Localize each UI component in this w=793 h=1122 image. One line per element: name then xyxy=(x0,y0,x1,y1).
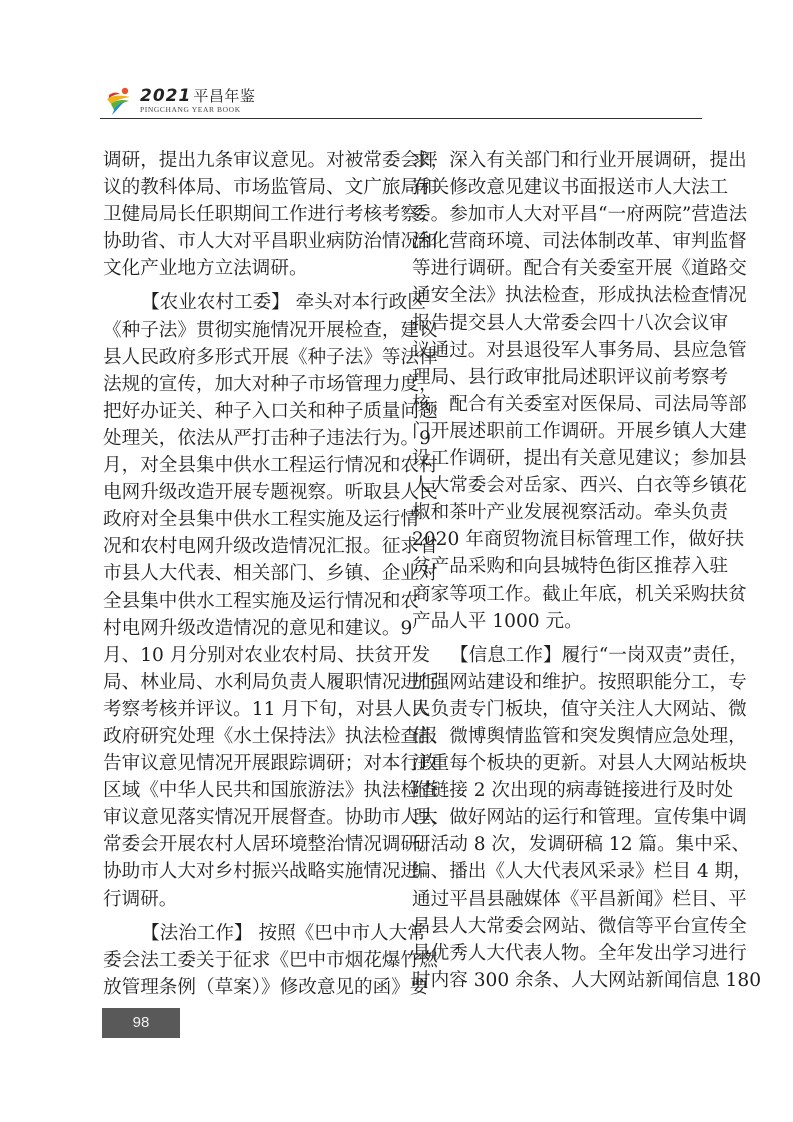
yearbook-title: 2021平昌年鉴 xyxy=(140,85,255,106)
text-line: 附链接 2 次出现的病毒链接进行及时处 xyxy=(412,777,696,804)
text-line: 2020 年商贸物流目标管理工作，做好扶 xyxy=(412,526,696,553)
text-line: 商家等项工作。截止年底，机关采购扶贫 xyxy=(412,581,696,608)
text-line: 等进行调研。配合有关委室开展《道路交 xyxy=(412,255,696,282)
left-column: 调研，提出九条审议意见。对被常委会评议的教科体局、市场监管局、文广旅局和卫健局局… xyxy=(103,147,387,1008)
text-line: 贫产品采购和向县城特色街区推荐入驻 xyxy=(412,553,696,580)
page-number: 98 xyxy=(102,1008,180,1038)
text-line: 门开展述职前工作调研。开展乡镇人大建 xyxy=(412,418,696,445)
right-column: 求，深入有关部门和行业开展调研，提出有关修改意见建议书面报送市人大法工委。参加市… xyxy=(412,147,696,1001)
text-line: 告审议意见情况开展跟踪调研；对本行政 xyxy=(103,750,387,777)
text-line: 委。参加市人大对平昌“一府两院”营造法 xyxy=(412,201,696,228)
text-line: 行调研。 xyxy=(103,886,387,913)
text-line: 治化营商环境、司法体制改革、审判监督 xyxy=(412,228,696,255)
text-line: 通安全法》执法检查，形成执法检查情况 xyxy=(412,282,696,309)
text-line: 况和农村电网升级改造情况汇报。征求省 xyxy=(103,533,387,560)
text-line: 核。配合有关委室对医保局、司法局等部 xyxy=(412,391,696,418)
text-line: 放管理条例（草案）》修改意见的函》要 xyxy=(103,974,387,1001)
text-line: 处理关，依法从严打击种子违法行为。9 xyxy=(103,425,387,452)
text-line: 考察考核并评议。11 月下旬，对县人民 xyxy=(103,696,387,723)
text-line: 人大常委会对岳家、西兴、白衣等乡镇花 xyxy=(412,472,696,499)
text-line: 通过平昌县融媒体《平昌新闻》栏目、平 xyxy=(412,886,696,913)
yearbook-name: 平昌年鉴 xyxy=(193,87,255,105)
section-heading-line: 【法治工作】 按照《巴中市人大常 xyxy=(103,920,387,947)
text-line: 常委会开展农村人居环境整治情况调研。 xyxy=(103,831,387,858)
text-line: 编、播出《人大代表风采录》栏目 4 期， xyxy=(412,858,696,885)
continuation-paragraph: 调研，提出九条审议意见。对被常委会评议的教科体局、市场监管局、文广旅局和卫健局局… xyxy=(103,147,387,282)
text-line: 县优秀人大代表人物。全年发出学习进行 xyxy=(412,940,696,967)
text-line: 研活动 8 次，发调研稿 12 篇。集中采、 xyxy=(412,831,696,858)
text-line: 昌县人大常委会网站、微信等平台宣传全 xyxy=(412,913,696,940)
yearbook-year: 2021 xyxy=(140,86,191,106)
text-line: 村电网升级改造情况的意见和建议。9 xyxy=(103,615,387,642)
text-line: 《种子法》贯彻实施情况开展检查，建议 xyxy=(103,317,387,344)
text-line: 审议意见落实情况开展督查。协助市人大 xyxy=(103,804,387,831)
text-line: 月、10 月分别对农业农村局、扶贫开发 xyxy=(103,642,387,669)
text-line: 有关修改意见建议书面报送市人大法工 xyxy=(412,174,696,201)
text-line: 产品人平 1000 元。 xyxy=(412,608,696,635)
text-line: 政府对全县集中供水工程实施及运行情 xyxy=(103,506,387,533)
continuation-paragraph: 求，深入有关部门和行业开展调研，提出有关修改意见建议书面报送市人大法工委。参加市… xyxy=(412,147,696,635)
section-paragraph: 【农业农村工委】 牵头对本行政区《种子法》贯彻实施情况开展检查，建议县人民政府多… xyxy=(103,289,387,912)
page-header: 2021平昌年鉴 PINGCHANG YEAR BOOK xyxy=(100,84,702,119)
text-line: 局、林业局、水利局负责人履职情况进行 xyxy=(103,669,387,696)
text-line: 电网升级改造开展专题视察。听取县人民 xyxy=(103,479,387,506)
text-line: 理，做好网站的运行和管理。宣传集中调 xyxy=(412,804,696,831)
text-line: 法规的宣传，加大对种子市场管理力度， xyxy=(103,371,387,398)
text-line: 人负责专门板块，值守关注人大网站、微 xyxy=(412,696,696,723)
section-paragraph: 【信息工作】履行“一岗双责”责任，加强网站建设和维护。按照职能分工，专人负责专门… xyxy=(412,642,696,994)
text-line: 报告提交县人大常委会四十八次会议审 xyxy=(412,310,696,337)
text-line: 时内容 300 余条、人大网站新闻信息 180 xyxy=(412,967,696,994)
text-line: 信、微博舆情监管和突发舆情应急处理， xyxy=(412,723,696,750)
pingchang-logo-icon xyxy=(103,86,135,116)
text-line: 注重每个板块的更新。对县人大网站板块 xyxy=(412,750,696,777)
text-line: 求，深入有关部门和行业开展调研，提出 xyxy=(412,147,696,174)
text-line: 委会法工委关于征求《巴中市烟花爆竹燃 xyxy=(103,947,387,974)
section-paragraph: 【法治工作】 按照《巴中市人大常委会法工委关于征求《巴中市烟花爆竹燃放管理条例（… xyxy=(103,920,387,1001)
text-line: 市县人大代表、相关部门、乡镇、企业对 xyxy=(103,560,387,587)
section-heading-line: 【信息工作】履行“一岗双责”责任， xyxy=(412,642,696,669)
text-line: 月，对全县集中供水工程运行情况和农村 xyxy=(103,452,387,479)
text-line: 全县集中供水工程实施及运行情况和农 xyxy=(103,588,387,615)
text-line: 理局、县行政审批局述职评议前考察考 xyxy=(412,364,696,391)
text-line: 议通过。对县退役军人事务局、县应急管 xyxy=(412,337,696,364)
section-heading-line: 【农业农村工委】 牵头对本行政区 xyxy=(103,289,387,316)
text-line: 调研，提出九条审议意见。对被常委会评 xyxy=(103,147,387,174)
text-line: 加强网站建设和维护。按照职能分工，专 xyxy=(412,669,696,696)
text-line: 设工作调研，提出有关意见建议；参加县 xyxy=(412,445,696,472)
text-line: 协助省、市人大对平昌职业病防治情况和 xyxy=(103,228,387,255)
text-line: 椒和茶叶产业发展视察活动。牵头负责 xyxy=(412,499,696,526)
text-line: 区域《中华人民共和国旅游法》执法检查 xyxy=(103,777,387,804)
text-line: 协助市人大对乡村振兴战略实施情况进 xyxy=(103,858,387,885)
text-line: 县人民政府多形式开展《种子法》等法律 xyxy=(103,344,387,371)
text-line: 文化产业地方立法调研。 xyxy=(103,255,387,282)
yearbook-subtitle: PINGCHANG YEAR BOOK xyxy=(140,105,241,114)
text-line: 议的教科体局、市场监管局、文广旅局和 xyxy=(103,174,387,201)
text-line: 卫健局局长任职期间工作进行考核考察； xyxy=(103,201,387,228)
text-line: 政府研究处理《水土保持法》执法检查报 xyxy=(103,723,387,750)
text-line: 把好办证关、种子入口关和种子质量问题 xyxy=(103,398,387,425)
